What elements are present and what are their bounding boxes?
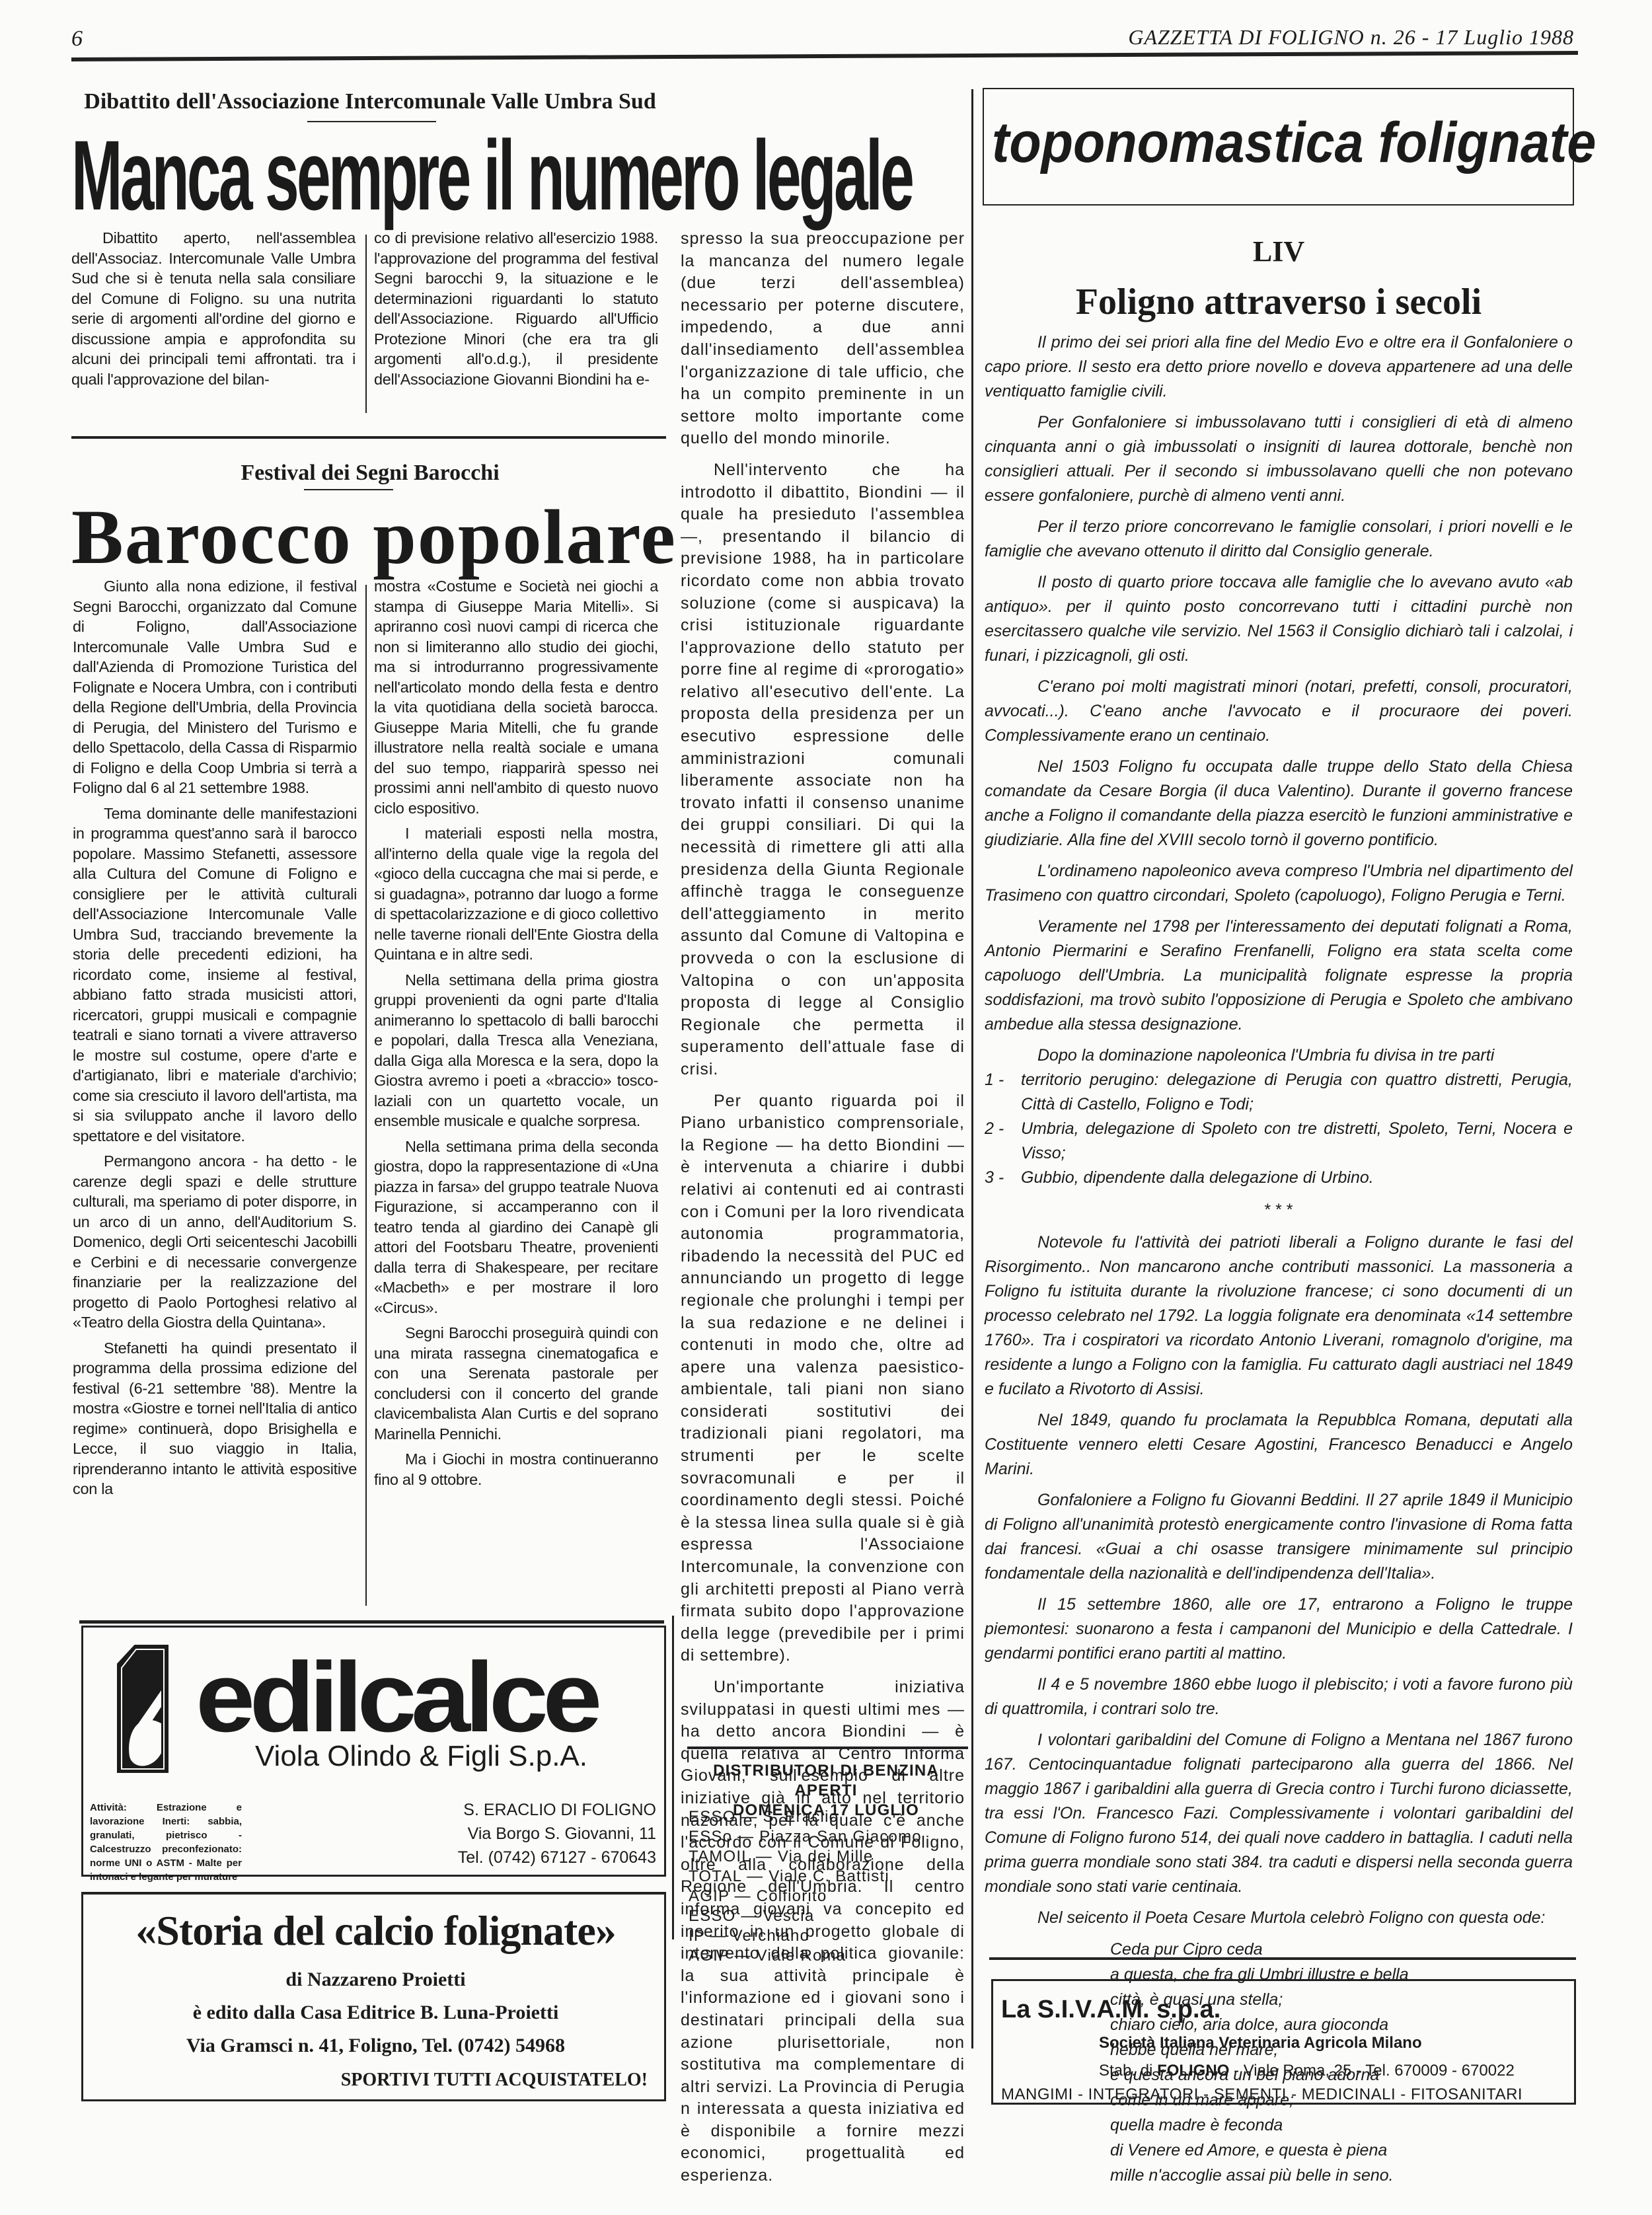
ad-products: MANGIMI - INTEGRATORI - SEMENTI - MEDICI… (1001, 2085, 1522, 2104)
fuel-item: TOTAL — Viale C. Battisti (689, 1867, 922, 1887)
ad-sivam: La S.I.V.A.M. s.p.a. Società Italiana Ve… (991, 1979, 1576, 2105)
article-col-1: Dibattito aperto, nell'assemblea dell'As… (71, 228, 356, 394)
poem-line: mille n'accoglie assai più belle in seno… (1110, 2163, 1573, 2188)
paragraph: Giunto alla nona edizione, il festival S… (73, 576, 357, 798)
dash: — (756, 1848, 772, 1865)
ad-address-line: Tel. (0742) 67127 - 670643 (458, 1846, 656, 1869)
ad-address: Via Gramsci n. 41, Foligno, Tel. (0742) … (83, 2035, 668, 2057)
ad-author: di Nazzareno Proietti (83, 1969, 668, 1991)
poem-line: di Venere ed Amore, e questa è piena (1110, 2138, 1573, 2163)
article-kicker: Festival dei Segni Barocchi (73, 461, 667, 486)
paragraph: Stefanetti ha quindi presentato il progr… (73, 1338, 357, 1499)
paragraph: Segni Barocchi proseguirà quindi con una… (374, 1323, 658, 1444)
section-separator: * * * (985, 1198, 1573, 1222)
ad-edilcalce: edilcalce Viola Olindo & Figli S.p.A. At… (81, 1626, 666, 1877)
list-text: Umbria, delegazione di Spoleto con tre d… (1021, 1119, 1573, 1162)
paragraph: C'erano poi molti magistrati minori (not… (985, 675, 1573, 748)
address-city: FOLIGNO (1157, 2062, 1229, 2080)
fuel-list: ESSO — S. Eraclio ESSo — Piazza San Giac… (689, 1807, 922, 1966)
fuel-item: ESSO — Vescia (689, 1906, 922, 1926)
ad-full-name: Società Italiana Veterinaria Agricola Mi… (1099, 2034, 1422, 2052)
fuel-location: Viale C. Battisti (769, 1867, 889, 1885)
paragraph: I materiali esposti nella mostra, all'in… (374, 823, 658, 965)
dash: — (737, 1828, 754, 1846)
section-rule (71, 436, 666, 439)
ad-name: La S.I.V.A.M. s.p.a. (1001, 1996, 1220, 2024)
fuel-item: TAMOIL — Via dei Mille (689, 1847, 922, 1867)
header-rule (71, 51, 1578, 61)
ad-address-line: Via Borgo S. Giovanni, 11 (458, 1822, 656, 1846)
paragraph: Per Gonfaloniere si imbussolavano tutti … (985, 410, 1573, 508)
fuel-location: Via dei Mille (778, 1848, 874, 1865)
paragraph: Gonfaloniere a Foligno fu Giovanni Beddi… (985, 1488, 1573, 1586)
article-headline: Foligno attraverso i secoli (985, 281, 1573, 323)
fuel-brand: AGIP (689, 1887, 730, 1905)
column-divider (365, 585, 367, 1606)
paragraph: Il posto di quarto priore toccava alle f… (985, 570, 1573, 668)
address-prefix: Stab. di (1099, 2062, 1152, 2080)
paragraph: Il 4 e 5 novembre 1860 ebbe luogo il ple… (985, 1672, 1573, 1721)
ad-brand: edilcalce (196, 1647, 597, 1746)
paragraph: Permangono ancora - ha detto - le carenz… (73, 1151, 357, 1333)
ad-activities: Attività: Estrazione e lavorazione Inert… (90, 1801, 242, 1884)
fuel-location: S. Eraclio (763, 1808, 839, 1826)
paragraph: Nel 1849, quando fu proclamata la Repubb… (985, 1408, 1573, 1482)
paragraph: Tema dominante delle manifestazioni in p… (73, 804, 357, 1146)
paragraph: L'ordinameno napoleonico aveva compreso … (985, 859, 1573, 908)
list-item: 1 -territorio perugino: delegazione di P… (985, 1068, 1573, 1117)
dash: — (741, 1907, 757, 1925)
ad-calcio: «Storia del calcio folignate» di Nazzare… (81, 1895, 666, 2101)
fuel-brand: ESSO (689, 1808, 736, 1826)
poem-line: quella madre è feconda (1110, 2113, 1573, 2138)
paragraph: Nell'intervento che ha introdotto il dib… (681, 459, 965, 1081)
column-divider (971, 89, 973, 2048)
fuel-brand: ESSO (689, 1907, 736, 1925)
dash: — (710, 1927, 727, 1945)
paragraph: I volontari garibaldini del Comune di Fo… (985, 1728, 1573, 1899)
article-headline: Manca sempre il numero legale (71, 126, 912, 225)
paragraph: Dopo la dominazione napoleonica l'Umbria… (985, 1043, 1573, 1068)
fuel-location: Colfiorito (757, 1887, 827, 1905)
dash: — (735, 1947, 751, 1965)
masthead: GAZZETTA DI FOLIGNO n. 26 - 17 Luglio 19… (1128, 25, 1574, 50)
fuel-item: ESSo — Piazza San Giacomo (689, 1827, 922, 1847)
paragraph: Veramente nel 1798 per l'interessamento … (985, 915, 1573, 1037)
section-rule (989, 1957, 1576, 1960)
fuel-location: Piazza San Giacomo (759, 1828, 922, 1846)
banner-title: toponomastica folignate (992, 110, 1596, 176)
fuel-title-line: DISTRIBUTORI DI BENZINA APERTI (681, 1761, 971, 1801)
paragraph: Il primo dei sei priori alla fine del Me… (985, 330, 1573, 404)
article-col-1: Giunto alla nona edizione, il festival S… (73, 576, 357, 1505)
ad-address: Stab. di FOLIGNO - Viale Roma, 25 - Tel.… (1099, 2062, 1515, 2080)
ad-publisher: è edito dalla Casa Editrice B. Luna-Proi… (83, 2002, 668, 2024)
ad-title: «Storia del calcio folignate» (83, 1906, 668, 1955)
section-rule (79, 1620, 664, 1624)
fuel-location: Verchiano (732, 1927, 810, 1945)
list-text: Gubbio, dipendente dalla delegazione di … (1021, 1168, 1374, 1187)
list-number: 2 - (985, 1117, 1021, 1141)
toponomastica-body: Il primo dei sei priori alla fine del Me… (985, 330, 1573, 2188)
fuel-location: Viale Roma (757, 1947, 846, 1965)
toponomastica-banner: toponomastica folignate (983, 88, 1574, 206)
fuel-item: ESSO — S. Eraclio (689, 1807, 922, 1827)
fuel-item: AGIP — Viale Roma (689, 1946, 922, 1966)
edilcalce-logo-icon (110, 1644, 169, 1773)
article-col-2: mostra «Costume e Società nei giochi a s… (374, 576, 658, 1495)
column-divider (672, 1616, 674, 1939)
paragraph: Nel 1503 Foligno fu occupata dalle trupp… (985, 755, 1573, 852)
section-rule (687, 1746, 968, 1749)
article-headline: Barocco popolare (71, 492, 666, 582)
list-number: 1 - (985, 1068, 1021, 1092)
paragraph: Dibattito aperto, nell'assemblea dell'As… (71, 228, 356, 389)
paragraph: Nel seicento il Poeta Cesare Murtola cel… (985, 1906, 1573, 1930)
paragraph: Il 15 settembre 1860, alle ore 17, entra… (985, 1593, 1573, 1666)
list-item: 2 -Umbria, delegazione di Spoleto con tr… (985, 1117, 1573, 1166)
ad-company: Viola Olindo & Figli S.p.A. (255, 1740, 587, 1773)
list-item: 3 -Gubbio, dipendente dalla delegazione … (985, 1166, 1573, 1190)
fuel-brand: IP (689, 1927, 705, 1945)
paragraph: Per il terzo priore concorrevano le fami… (985, 515, 1573, 564)
address-rest: - Viale Roma, 25 - Tel. 670009 - 670022 (1234, 2062, 1515, 2080)
paragraph: spresso la sua preoccupazione per la man… (681, 228, 965, 450)
page-number: 6 (71, 26, 83, 52)
ad-slogan: SPORTIVI TUTTI ACQUISTATELO! (341, 2070, 648, 2091)
paragraph: Notevole fu l'attività dei patrioti libe… (985, 1230, 1573, 1402)
fuel-item: AGIP — Colfiorito (689, 1887, 922, 1906)
dash: — (741, 1808, 757, 1826)
paragraph: Per quanto riguarda poi il Piano urbanis… (681, 1090, 965, 1667)
paragraph: co di previsione relativo all'esercizio … (374, 228, 658, 389)
list-text: territorio perugino: delegazione di Peru… (1021, 1070, 1573, 1113)
dash: — (735, 1887, 751, 1905)
paragraph: Nella settimana prima della seconda gios… (374, 1137, 658, 1318)
fuel-brand: ESSo (689, 1828, 732, 1846)
column-divider (365, 235, 367, 413)
fuel-brand: TOTAL (689, 1867, 741, 1885)
fuel-item: IP — Verchiano (689, 1926, 922, 1946)
ad-address: S. ERACLIO DI FOLIGNO Via Borgo S. Giova… (458, 1798, 656, 1869)
paragraph: Ma i Giochi in mostra continueranno fino… (374, 1449, 658, 1489)
dash: — (747, 1867, 763, 1885)
list-number: 3 - (985, 1166, 1021, 1190)
fuel-location: Vescia (763, 1907, 814, 1925)
article-col-2: co di previsione relativo all'esercizio … (374, 228, 658, 394)
paragraph: Nella settimana della prima giostra grup… (374, 970, 658, 1131)
series-number: LIV (985, 235, 1573, 268)
fuel-brand: AGIP (689, 1947, 730, 1965)
paragraph: mostra «Costume e Società nei giochi a s… (374, 576, 658, 818)
kicker-underline (304, 489, 393, 490)
ad-address-line: S. ERACLIO DI FOLIGNO (458, 1798, 656, 1822)
article-kicker: Dibattito dell'Associazione Intercomunal… (73, 89, 667, 114)
fuel-brand: TAMOIL (689, 1848, 751, 1865)
